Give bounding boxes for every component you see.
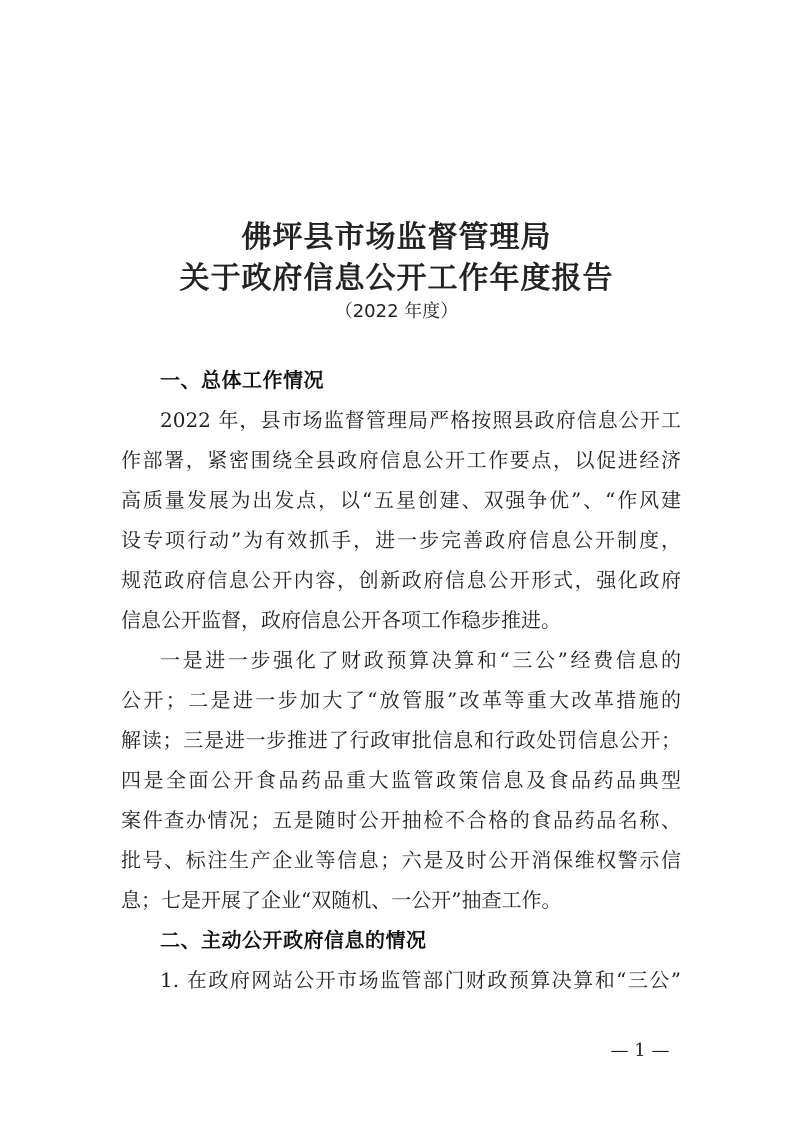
paragraph-line: 信息公开监督，政府信息公开各项工作稳步推进。 xyxy=(121,604,681,633)
paragraph-line: 作部署，紧密围绕全县政府信息公开工作要点，以促进经济 xyxy=(121,444,681,473)
paragraph-line: 解读；三是进一步推进了行政审批信息和行政处罚信息公开； xyxy=(121,724,681,753)
paragraph-line: 规范政府信息公开内容，创新政府信息公开形式，强化政府 xyxy=(121,564,681,593)
paragraph-line: 2022 年，县市场监督管理局严格按照县政府信息公开工 xyxy=(160,404,681,433)
paragraph-line: 息；七是开展了企业“双随机、一公开”抽查工作。 xyxy=(121,884,681,913)
document-subtitle: （2022 年度） xyxy=(0,297,793,323)
document-title-line1: 佛坪县市场监督管理局 xyxy=(0,212,793,256)
page-number: — 1 — xyxy=(600,1040,680,1061)
paragraph-line: 四是全面公开食品药品重大监管政策信息及食品药品典型 xyxy=(121,764,681,793)
paragraph-line: 批号、标注生产企业等信息；六是及时公开消保维权警示信 xyxy=(121,844,681,873)
paragraph-line: 高质量发展为出发点，以“五星创建、双强争优”、“作风建 xyxy=(121,484,681,513)
paragraph-line: 案件查办情况；五是随时公开抽检不合格的食品药品名称、 xyxy=(121,804,681,833)
document-title-line2: 关于政府信息公开工作年度报告 xyxy=(0,253,793,297)
paragraph-line: 1. 在政府网站公开市场监管部门财政预算决算和“三公” xyxy=(160,964,681,993)
section-heading-2: 二、主动公开政府信息的情况 xyxy=(160,924,427,953)
document-page: 佛坪县市场监督管理局 关于政府信息公开工作年度报告 （2022 年度） 一、总体… xyxy=(0,0,793,1122)
section-heading-1: 一、总体工作情况 xyxy=(160,364,324,393)
paragraph-line: 一是进一步强化了财政预算决算和“三公”经费信息的 xyxy=(160,644,681,673)
paragraph-line: 公开；二是进一步加大了“放管服”改革等重大改革措施的 xyxy=(121,684,681,713)
paragraph-line: 设专项行动”为有效抓手，进一步完善政府信息公开制度， xyxy=(121,524,681,553)
